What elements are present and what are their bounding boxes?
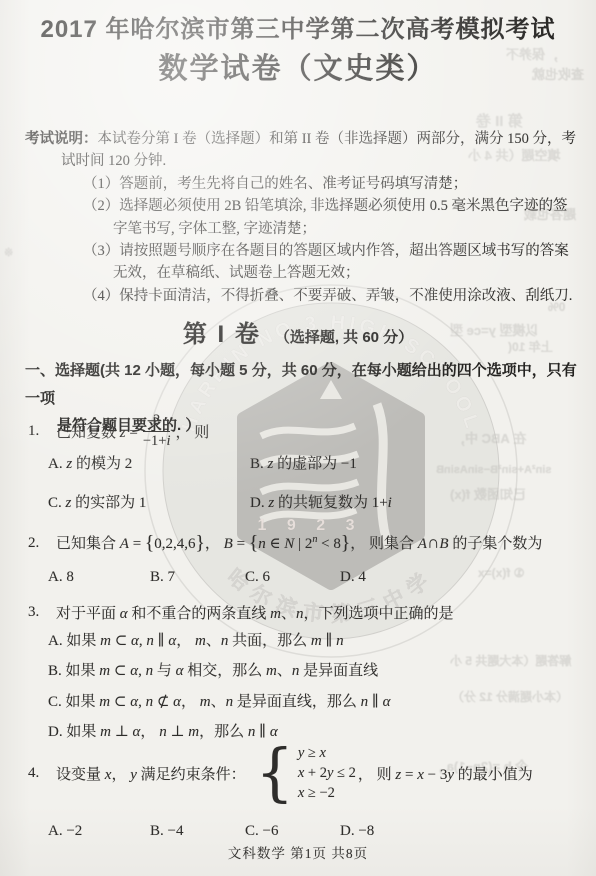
paper-subject-title: 数学试卷（文史类）: [0, 51, 596, 89]
constraint-1: y ≥ x: [298, 743, 326, 763]
bleedthrough-text: （本小题满分 12 分）: [452, 688, 568, 705]
question-3-text: 对于平面 α 和不重合的两条直线 m、n，下列选项中正确的是: [56, 602, 454, 623]
instruction-item-1: （1）答题前，考生先将自己的姓名、准考证号码填写清楚；: [83, 173, 580, 195]
question-4-option-b: B. −4: [150, 823, 183, 840]
instruction-item-2: （2）选择题必须使用 2B 铅笔填涂, 非选择题必须使用 0.5 毫米黑色字迹的…: [83, 195, 580, 217]
question-2-options: A. 8 B. 7 C. 6 D. 4: [0, 569, 596, 591]
question-3-option-d: D. 如果 m ⊥ α， n ⊥ m，那么 n ∥ α: [48, 720, 278, 741]
instruction-intro-line2: 试时间 120 分钟.: [61, 150, 580, 172]
constraint-2: x + 2y ≤ 2: [298, 763, 356, 783]
question-4-text-tail: ， 则 z = x − 3y 的最小值为: [358, 763, 533, 784]
question-3-stem: 3. 对于平面 α 和不重合的两条直线 m、n，下列选项中正确的是: [28, 601, 454, 623]
question-3-number: 3.: [28, 604, 56, 621]
question-1-option-b: B. z 的虚部为 −1: [250, 452, 357, 473]
exam-title: 2017 年哈尔滨市第三中学第二次高考模拟考试: [0, 14, 596, 45]
instruction-item-3-wrap: 无效，在草稿纸、试题卷上答题无效；: [113, 262, 580, 284]
exam-paper-page: HARBIN NO.3 HIGH SCHOOL 1 9 2 3 哈尔滨市第三中学…: [0, 0, 596, 876]
constraint-system: y ≥ x x + 2y ≤ 2 x ≥ −2: [298, 743, 356, 803]
section-heading-sub: （选择题, 共 60 分）: [275, 329, 413, 346]
question-4-option-d: D. −8: [340, 823, 374, 840]
instruction-intro-line1: 考试说明：本试卷分第 I 卷（选择题）和第 II 卷（非选择题）两部分，满分 1…: [25, 128, 580, 150]
question-1-number: 1.: [28, 423, 56, 440]
question-3-option-b: B. 如果 m ⊂ α, n 与 α 相交，那么 m、n 是异面直线: [48, 659, 378, 680]
question-2-option-c: C. 6: [245, 569, 270, 586]
fraction-denominator: −1+i: [143, 432, 171, 450]
question-4-text: 设变量 x， y 满足约束条件：: [56, 763, 246, 784]
question-1-text-tail: ， 则: [175, 421, 209, 442]
question-4-option-a: A. −2: [48, 823, 82, 840]
question-2-option-b: B. 7: [150, 569, 175, 586]
instructions-label: 考试说明：: [25, 131, 98, 147]
choice-section-intro-line1: 一、选择题(共 12 小题，每小题 5 分，共 60 分，在每小题给出的四个选项…: [25, 357, 582, 412]
section-heading-main: 第 I 卷: [183, 321, 261, 348]
instruction-item-3: （3）请按照题号顺序在各题目的答题区域内作答，超出答题区域书写的答案: [83, 240, 580, 262]
question-2-option-a: A. 8: [48, 569, 74, 586]
instruction-item-2-wrap: 字笔书写, 字体工整, 字迹清楚；: [113, 218, 580, 240]
bleedthrough-text: 解答题（本大题共 5 小: [450, 652, 571, 669]
constraint-3: x ≥ −2: [298, 783, 335, 803]
instructions-intro-text: 本试卷分第 I 卷（选择题）和第 II 卷（非选择题）两部分，满分 150 分，…: [98, 131, 576, 147]
instruction-item-4: （4）保持卡面清洁，不得折叠、不要弄破、弄皱，不准使用涂改液、刮纸刀.: [83, 285, 580, 307]
page-footer: 文科数学 第1页 共8页: [0, 842, 596, 862]
question-1-option-c: C. z 的实部为 1: [48, 491, 146, 512]
question-4-number: 4.: [28, 765, 56, 782]
exam-instructions: 考试说明：本试卷分第 I 卷（选择题）和第 II 卷（非选择题）两部分，满分 1…: [25, 128, 580, 307]
question-2-option-d: D. 4: [340, 569, 366, 586]
question-1-option-a: A. z 的模为 2: [48, 452, 132, 473]
question-2-text: 已知集合 A = {0,2,4,6}， B = {n ∈ N | 2n < 8}…: [56, 532, 542, 555]
bleedthrough-text: ※: [4, 246, 13, 259]
question-2-number: 2.: [28, 535, 56, 552]
question-1-text: 已知复数 z =: [56, 421, 138, 442]
fraction: 2 −1+i: [143, 412, 171, 450]
question-3-option-a: A. 如果 m ⊂ α, n ∥ α， m、n 共面，那么 m ∥ n: [48, 629, 344, 650]
question-1-stem: 1. 已知复数 z = 2 −1+i ， 则: [28, 406, 209, 456]
section-heading: 第 I 卷（选择题, 共 60 分）: [0, 314, 596, 349]
question-1-options-row2: C. z 的实部为 1 D. z 的共轭复数为 1+i: [0, 491, 596, 513]
question-1-option-d: D. z 的共轭复数为 1+i: [250, 491, 392, 512]
question-2-stem: 2. 已知集合 A = {0,2,4,6}， B = {n ∈ N | 2n <…: [28, 530, 542, 556]
fraction-numerator: 2: [143, 412, 171, 431]
question-1-options-row1: A. z 的模为 2 B. z 的虚部为 −1: [0, 452, 596, 474]
question-4-stem: 4. 设变量 x， y 满足约束条件： { y ≥ x x + 2y ≤ 2 x…: [28, 741, 533, 805]
question-3-option-c: C. 如果 m ⊂ α, n ⊄ α， m、n 是异面直线，那么 n ∥ α: [48, 690, 390, 711]
question-4-option-c: C. −6: [245, 823, 278, 840]
system-brace: {: [256, 742, 294, 805]
